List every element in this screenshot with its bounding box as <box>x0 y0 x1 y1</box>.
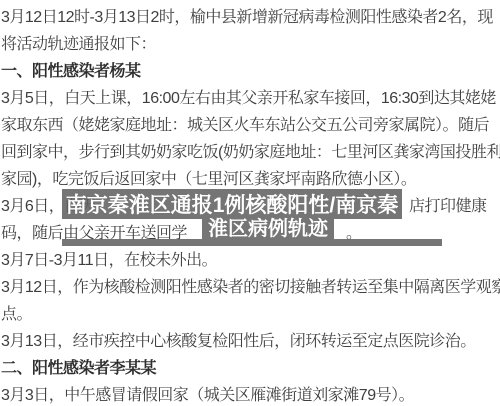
text-line: 3月12日12时-3月13日2时，榆中县新增新冠病毒检测阳性感染者2名，现 <box>1 4 500 31</box>
text-line: 家取东西（姥姥家庭地址：城关区火车东站公交五公司旁家属院）。随后 <box>1 112 500 139</box>
text-line: 点。 <box>1 301 500 328</box>
text-line: 3月12日，作为核酸检测阳性感染者的密切接触者转运至集中隔离医学观察 <box>1 274 500 301</box>
section-heading-case2: 二、阳性感染者李某某 <box>1 355 500 382</box>
section-heading-case1: 一、阳性感染者杨某 <box>1 58 500 85</box>
text-line: 3月5日，白天上课，16:00左右由其父亲开私家车接回，16:30到达其姥姥 <box>1 85 500 112</box>
caption-bottom-strip <box>62 239 442 246</box>
article-page: 3月12日12时-3月13日2时，榆中县新增新冠病毒检测阳性感染者2名，现 将活… <box>0 0 500 406</box>
text-line: 回到家中，步行到其奶奶家吃饭(奶奶家庭地址：七里河区龚家湾国投胜利 <box>1 139 500 166</box>
caption-line-1: 南京秦淮区通报1例核酸阳性/南京秦 <box>62 189 402 219</box>
caption-row-2: 淮区病例轨迹 <box>62 219 442 239</box>
text-line: 将活动轨迹通报如下： <box>1 31 500 58</box>
caption-overlay: 南京秦淮区通报1例核酸阳性/南京秦 淮区病例轨迹 <box>62 189 442 246</box>
text-line: 3月13日，经市疾控中心核酸复检阳性后，闭环转运至定点医院诊治。 <box>1 328 500 355</box>
caption-line-2: 淮区病例轨迹 <box>202 219 334 239</box>
text-line: 3月7日-3月11日，在校未外出。 <box>1 247 500 274</box>
text-line: 3月3日，中午感冒请假回家（城关区雁滩街道刘家滩79号）。 <box>1 382 500 406</box>
